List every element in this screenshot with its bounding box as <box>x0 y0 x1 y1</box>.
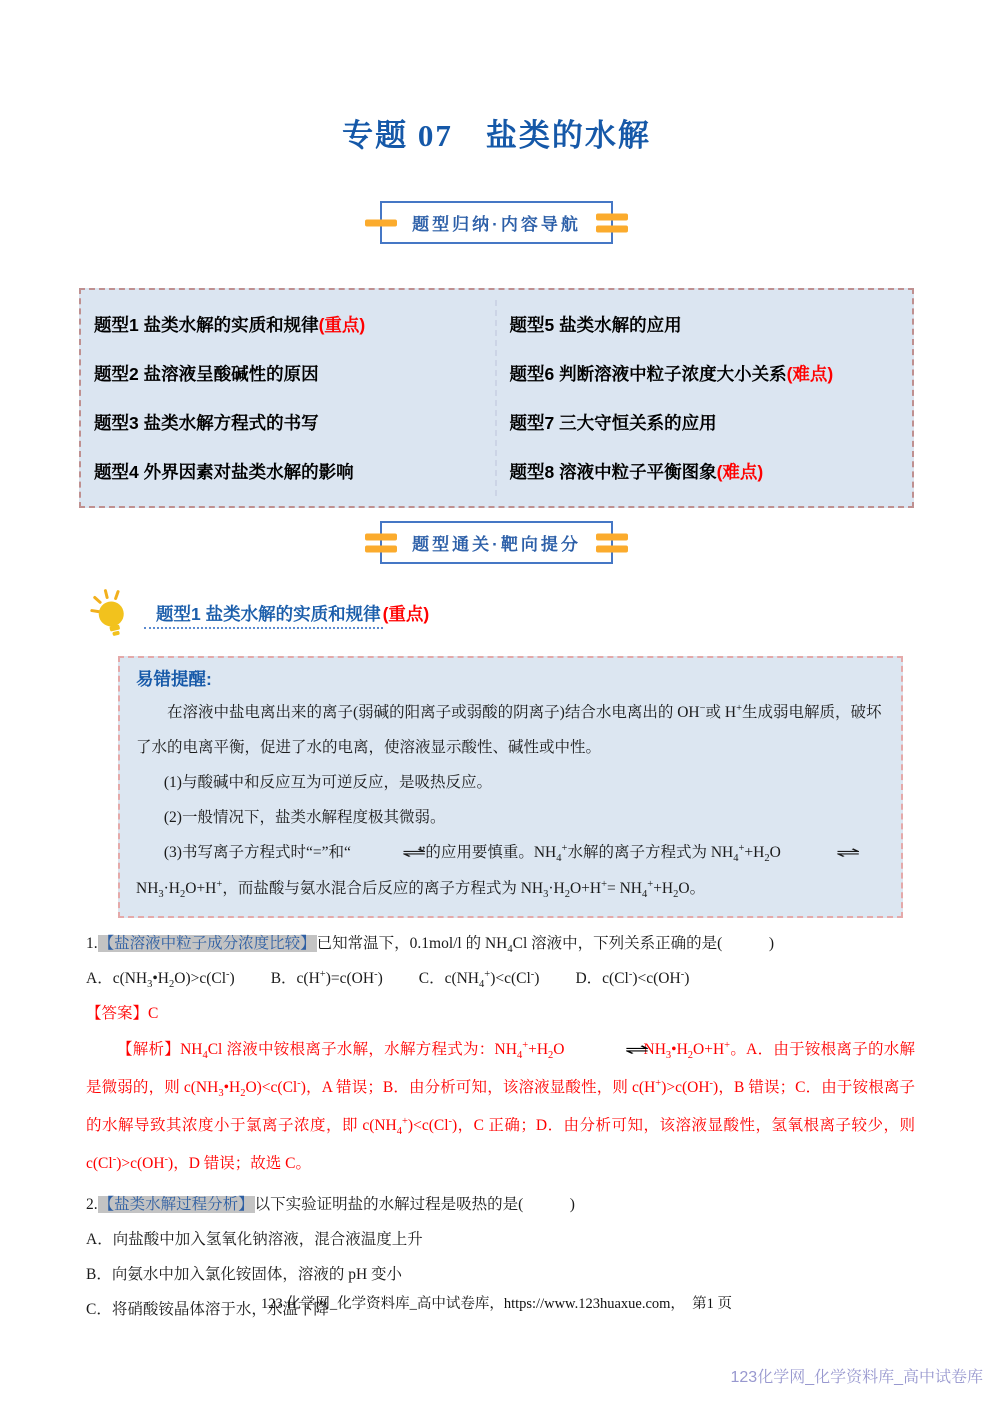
question-1-text: 已知常温下，0.1mol/l 的 NH4Cl 溶液中，下列关系正确的是( ) <box>317 935 774 952</box>
topic-label: 题型7 三大守恒关系的应用 <box>510 410 717 435</box>
topic-label: 题型6 判断溶液中粒子浓度大小关系 <box>510 361 787 386</box>
reminder-paragraph-4: (3)书写离子方程式时“=”和“⇌”的应用要慎重。NH4+水解的离子方程式为 N… <box>136 835 885 906</box>
question-2-option-a: A．向盐酸中加入氢氧化钠溶液，混合液温度上升 <box>86 1222 915 1257</box>
orange-bars-icon <box>596 208 628 237</box>
topic-item: 题型8 溶液中粒子平衡图象(难点) <box>510 447 913 496</box>
question-1-tag: 【盐溶液中粒子成分浓度比较】 <box>98 935 317 952</box>
topic-label: 题型5 盐类水解的应用 <box>510 312 682 337</box>
page-footer: 123 化学网_化学资料库_高中试卷库，https://www.123huaxu… <box>0 1292 993 1313</box>
lightbulb-icon <box>86 586 136 640</box>
answer-label: 【答案】 <box>86 1005 148 1022</box>
topic-label: 题型3 盐类水解方程式的书写 <box>94 410 319 435</box>
topic-tag: (难点) <box>787 361 834 386</box>
topic-tag: (重点) <box>319 312 366 337</box>
question-2-number: 2. <box>86 1196 98 1213</box>
orange-bars-icon <box>596 528 628 557</box>
section1-title: 题型1 盐类水解的实质和规律(重点) <box>144 601 429 626</box>
option-b: B．c(H+)=c(OH-) <box>271 961 383 996</box>
question-2-option-b: B．向氨水中加入氯化铵固体，溶液的 pH 变小 <box>86 1257 915 1292</box>
watermark: 123化学网_化学资料库_高中试卷库 <box>731 1364 984 1387</box>
topic-item: 题型6 判断溶液中粒子浓度大小关系(难点) <box>510 349 913 398</box>
topic-item: 题型5 盐类水解的应用 <box>510 300 913 349</box>
question-1-number: 1. <box>86 935 98 952</box>
question-2-text: 以下实验证明盐的水解过程是吸热的是( ) <box>255 1196 575 1213</box>
topic-item: 题型2 盐溶液呈酸碱性的原因 <box>94 349 495 398</box>
page-title: 专题 07 盐类的水解 <box>0 110 993 155</box>
topic-grid-right-column: 题型5 盐类水解的应用 题型6 判断溶液中粒子浓度大小关系(难点) 题型7 三大… <box>497 300 913 496</box>
topic-item: 题型4 外界因素对盐类水解的影响 <box>94 447 495 496</box>
option-d: D．c(Cl-)<c(OH-) <box>575 961 689 996</box>
section1-title-text: 题型1 盐类水解的实质和规律 <box>144 604 383 629</box>
question-1-analysis: 【解析】NH4Cl 溶液中铵根离子水解，水解方程式为：NH4++H2O ⇌ NH… <box>86 1031 915 1183</box>
banner-pass-label: 题型通关·靶向提分 <box>412 535 581 554</box>
question-2-tag: 【盐类水解过程分析】 <box>98 1196 255 1213</box>
banner-content-navigation: 题型归纳·内容导航 <box>380 201 613 244</box>
topic-item: 题型3 盐类水解方程式的书写 <box>94 398 495 447</box>
topic-grid-left-column: 题型1 盐类水解的实质和规律(重点) 题型2 盐溶液呈酸碱性的原因 题型3 盐类… <box>81 300 497 496</box>
orange-bars-icon <box>365 528 397 557</box>
topic-label: 题型2 盐溶液呈酸碱性的原因 <box>94 361 319 386</box>
topic-label: 题型8 溶液中粒子平衡图象 <box>510 459 717 484</box>
topic-item: 题型1 盐类水解的实质和规律(重点) <box>94 300 495 349</box>
answer-value: C <box>148 1005 158 1022</box>
banner-nav-label: 题型归纳·内容导航 <box>412 215 581 234</box>
question-1-block: 1.【盐溶液中粒子成分浓度比较】已知常温下，0.1mol/l 的 NH4Cl 溶… <box>86 926 915 1327</box>
question-1-options: A．c(NH3•H2O)>c(Cl-) B．c(H+)=c(OH-) C．c(N… <box>86 961 915 996</box>
banner-targeted-practice: 题型通关·靶向提分 <box>380 521 613 564</box>
section1-heading: 题型1 盐类水解的实质和规律(重点) <box>86 586 993 640</box>
reminder-paragraph-3: (2)一般情况下，盐类水解程度极其微弱。 <box>136 800 885 835</box>
option-a: A．c(NH3•H2O)>c(Cl-) <box>86 961 235 996</box>
document-page: 专题 07 盐类的水解 题型归纳·内容导航 题型1 盐类水解的实质和规律(重点)… <box>0 0 993 1404</box>
option-c: C．c(NH4+)<c(Cl-) <box>419 961 540 996</box>
reminder-heading: 易错提醒: <box>136 666 885 691</box>
section1-title-tag: (重点) <box>383 604 430 624</box>
topic-label: 题型4 外界因素对盐类水解的影响 <box>94 459 354 484</box>
reminder-paragraph-1: 在溶液中盐电离出来的离子(弱碱的阳离子或弱酸的阴离子)结合水电离出的 OH−或 … <box>136 695 885 765</box>
reminder-paragraph-2: (1)与酸碱中和反应互为可逆反应，是吸热反应。 <box>136 765 885 800</box>
question-1-answer: 【答案】C <box>86 996 915 1031</box>
orange-bars-icon <box>365 214 397 231</box>
topic-label: 题型1 盐类水解的实质和规律 <box>94 312 319 337</box>
topic-navigation-grid: 题型1 盐类水解的实质和规律(重点) 题型2 盐溶液呈酸碱性的原因 题型3 盐类… <box>79 288 914 508</box>
error-prone-reminder-box: 易错提醒: 在溶液中盐电离出来的离子(弱碱的阳离子或弱酸的阴离子)结合水电离出的… <box>118 656 903 918</box>
question-2-stem: 2.【盐类水解过程分析】以下实验证明盐的水解过程是吸热的是( ) <box>86 1187 915 1222</box>
question-1-stem: 1.【盐溶液中粒子成分浓度比较】已知常温下，0.1mol/l 的 NH4Cl 溶… <box>86 926 915 961</box>
topic-item: 题型7 三大守恒关系的应用 <box>510 398 913 447</box>
topic-tag: (难点) <box>717 459 764 484</box>
